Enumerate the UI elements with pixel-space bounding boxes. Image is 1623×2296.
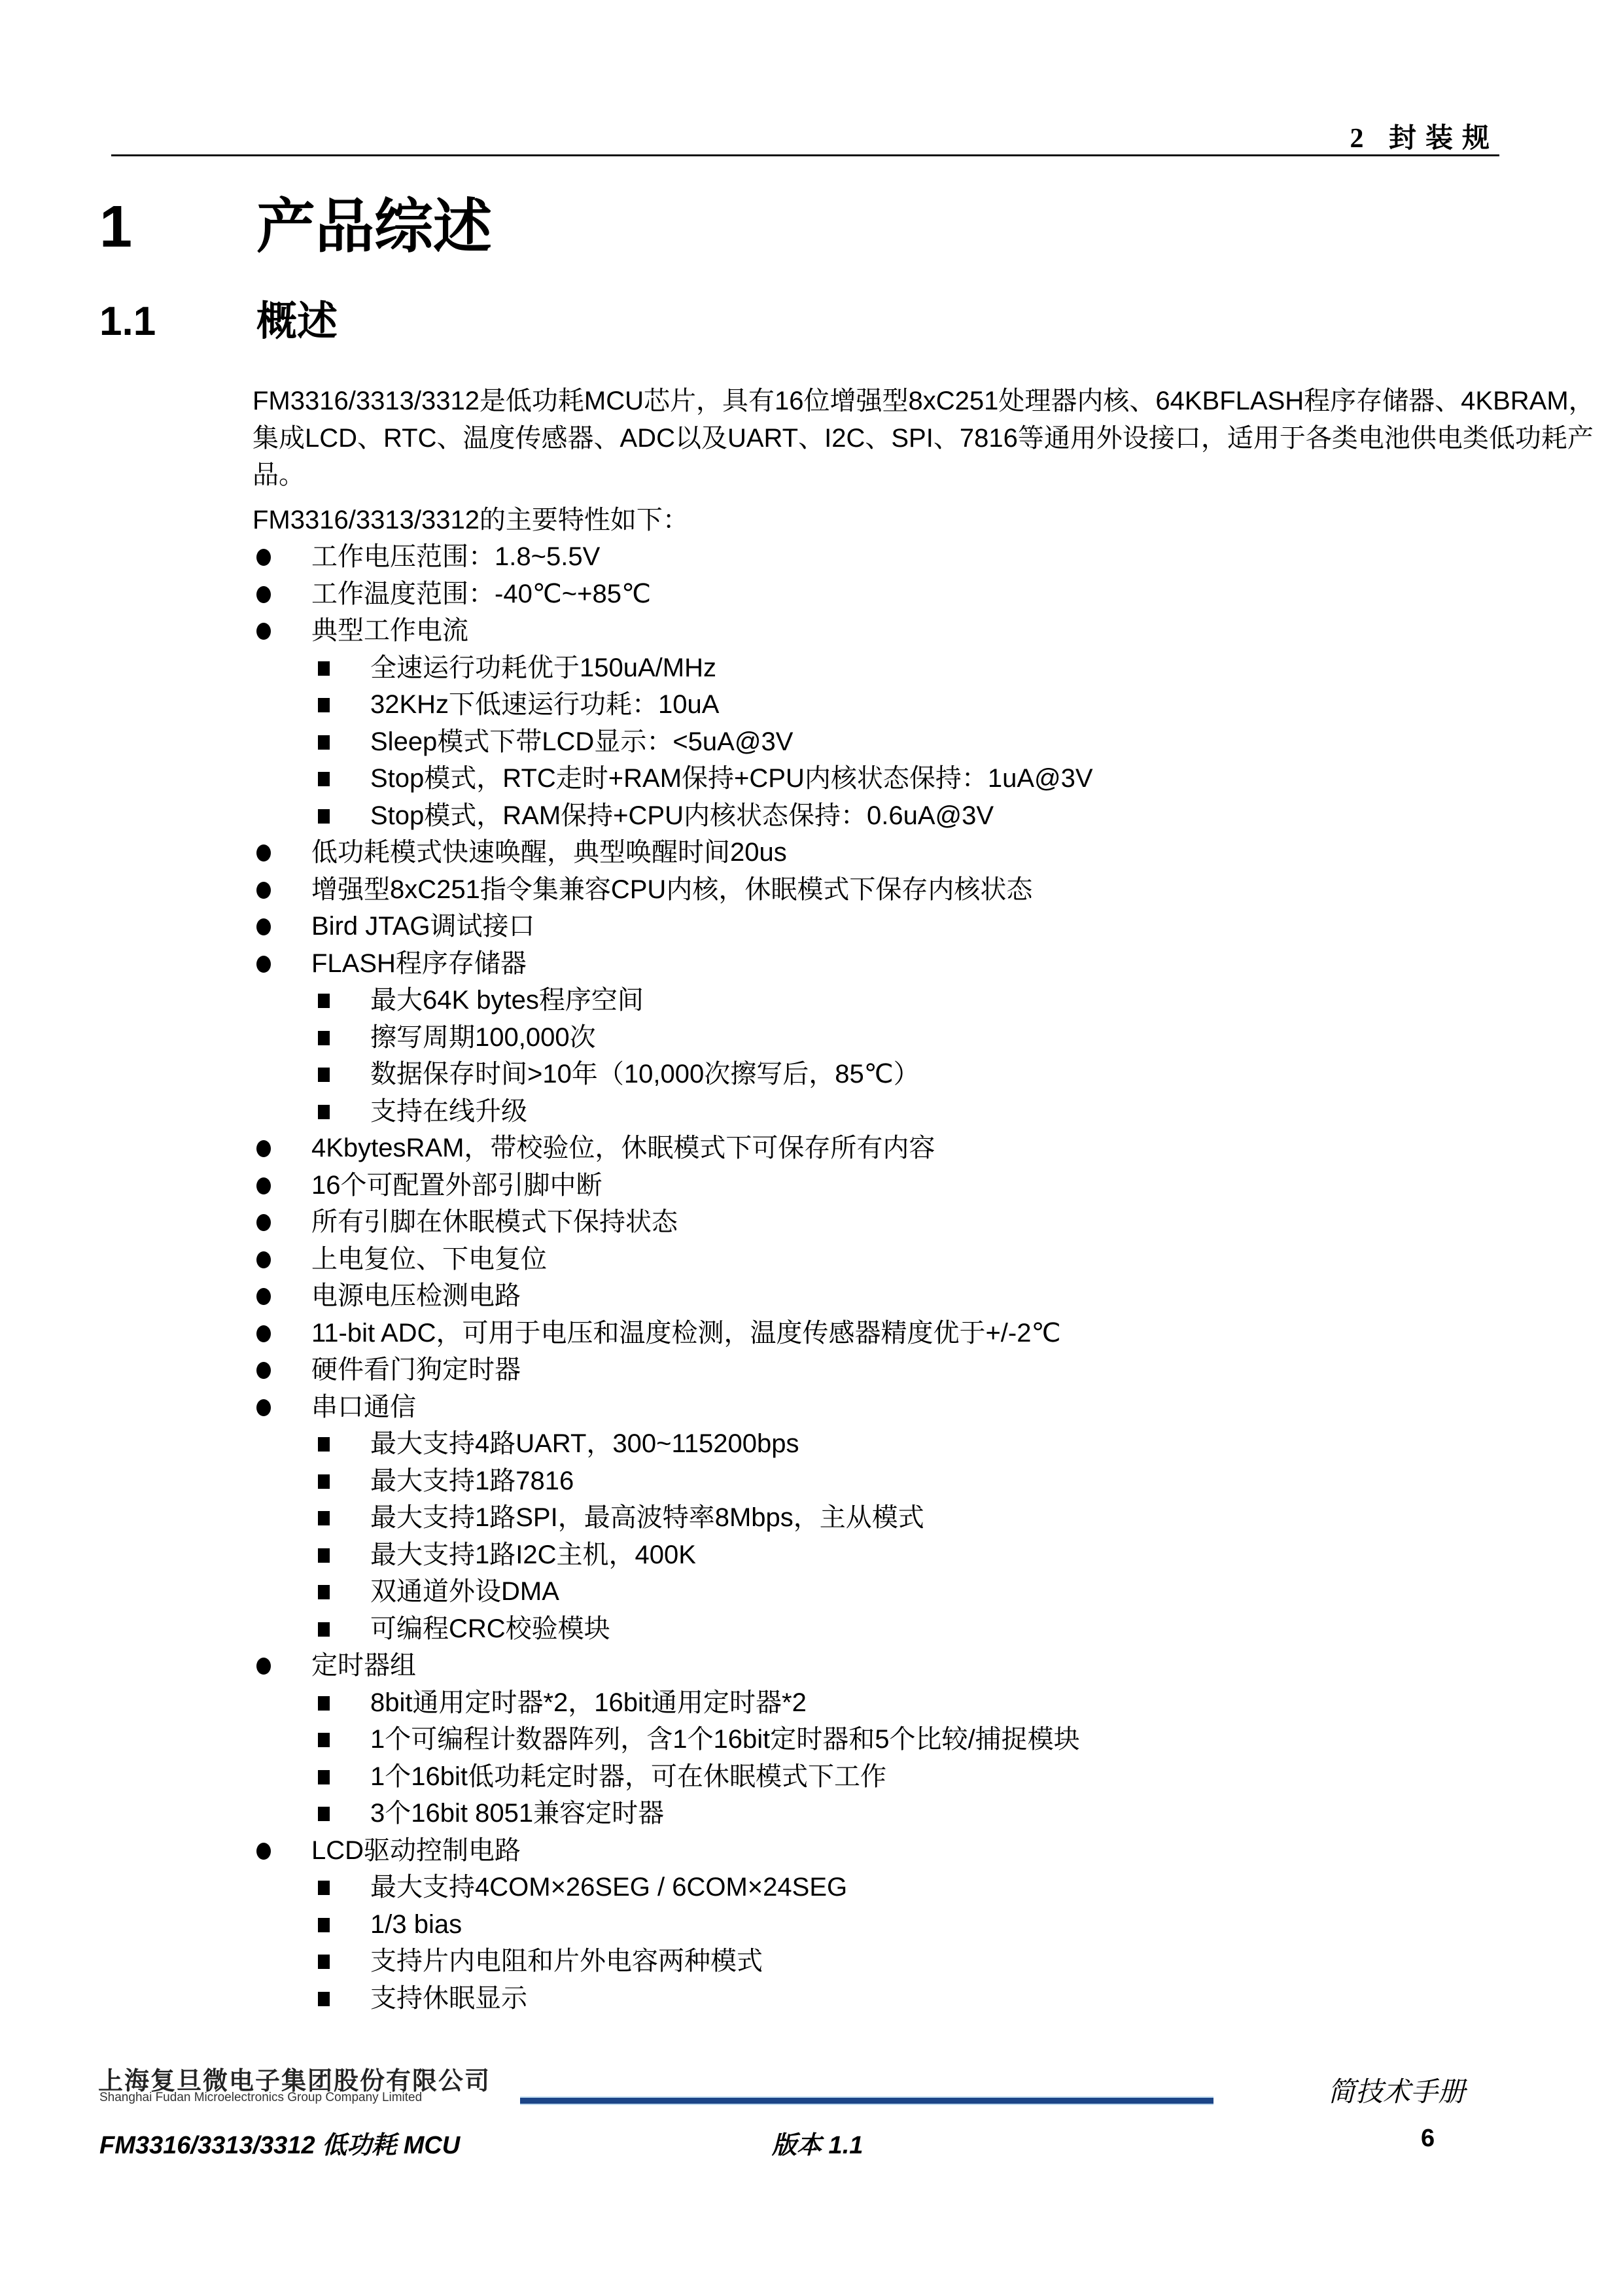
section-title: 概述	[256, 296, 338, 348]
bullet-square-icon	[318, 1733, 330, 1747]
feature-text: 11-bit ADC，可用于电压和温度检测，温度传感器精度优于+/-2℃	[311, 1319, 1060, 1348]
feature-text: 定时器组	[311, 1651, 416, 1680]
bullet-square-icon	[318, 1437, 330, 1452]
feature-subitem: 8bit通用定时器*2，16bit通用定时器*2	[253, 1684, 1613, 1722]
chapter-number: 1	[99, 191, 132, 263]
feature-text: LCD驱动控制电路	[311, 1836, 521, 1865]
bullet-square-icon	[318, 1474, 330, 1489]
feature-sublist-container: 8bit通用定时器*2，16bit通用定时器*21个可编程计数器阵列，含1个16…	[253, 1684, 1613, 1832]
feature-text: 低功耗模式快速唤醒，典型唤醒时间20us	[311, 838, 787, 867]
feature-sublist-container: 全速运行功耗优于150uA/MHz32KHz下低速运行功耗：10uASleep模…	[253, 650, 1613, 835]
feature-item: 串口通信	[253, 1389, 1613, 1426]
feature-subitem-text: 支持休眠显示	[370, 1984, 527, 2013]
feature-subitem: 全速运行功耗优于150uA/MHz	[253, 650, 1613, 687]
feature-item: 工作电压范围：1.8~5.5V	[253, 538, 1613, 576]
feature-subitem-text: Stop模式，RTC走时+RAM保持+CPU内核状态保持：1uA@3V	[370, 764, 1093, 793]
feature-item: 11-bit ADC，可用于电压和温度检测，温度传感器精度优于+/-2℃	[253, 1315, 1613, 1352]
bullet-square-icon	[318, 698, 330, 712]
footer-version: 版本 1.1	[772, 2125, 863, 2161]
bullet-dot-icon	[256, 1140, 271, 1157]
bullet-dot-icon	[256, 1362, 271, 1379]
feature-subitem: 最大支持1路7816	[253, 1463, 1613, 1500]
bullet-square-icon	[318, 1068, 330, 1082]
bullet-square-icon	[318, 1881, 330, 1895]
feature-subitem-text: 最大支持1路I2C主机，400K	[370, 1540, 696, 1569]
feature-subitem-text: 3个16bit 8051兼容定时器	[370, 1799, 664, 1828]
header-rule	[111, 154, 1499, 156]
bullet-dot-icon	[256, 1251, 271, 1268]
feature-text: 所有引脚在休眠模式下保持状态	[311, 1208, 678, 1236]
bullet-dot-icon	[256, 1843, 271, 1860]
feature-item: 上电复位、下电复位	[253, 1241, 1613, 1278]
bullet-dot-icon	[256, 956, 271, 973]
chapter-title: 产品综述	[256, 191, 492, 263]
bullet-square-icon	[318, 1031, 330, 1045]
feature-text: 上电复位、下电复位	[311, 1245, 547, 1274]
feature-subitem-text: 全速运行功耗优于150uA/MHz	[370, 653, 716, 682]
feature-item: 硬件看门狗定时器	[253, 1351, 1613, 1389]
bullet-dot-icon	[256, 1288, 271, 1305]
feature-item: 典型工作电流	[253, 612, 1613, 650]
feature-subitem-text: 最大64K bytes程序空间	[370, 986, 644, 1015]
feature-text: 工作温度范围：-40℃~+85℃	[311, 580, 651, 608]
bullet-square-icon	[318, 1918, 330, 1932]
feature-text: 工作电压范围：1.8~5.5V	[311, 542, 600, 571]
bullet-square-icon	[318, 1105, 330, 1119]
bullet-dot-icon	[256, 1399, 271, 1416]
feature-subitem: 最大64K bytes程序空间	[253, 982, 1613, 1019]
intro-paragraph: FM3316/3313/3312是低功耗MCU芯片，具有16位增强型8xC251…	[253, 383, 1613, 494]
bullet-square-icon	[318, 661, 330, 676]
feature-subitem: 最大支持1路I2C主机，400K	[253, 1537, 1613, 1574]
feature-subitem: 1/3 bias	[253, 1906, 1613, 1943]
feature-item: 4KbytesRAM，带校验位，休眠模式下可保存所有内容	[253, 1130, 1613, 1167]
feature-subitem: 擦写周期100,000次	[253, 1019, 1613, 1056]
bullet-dot-icon	[256, 918, 271, 935]
bullet-dot-icon	[256, 623, 271, 640]
feature-subitem-text: 8bit通用定时器*2，16bit通用定时器*2	[370, 1688, 807, 1717]
bullet-dot-icon	[256, 1325, 271, 1342]
feature-sublist: 最大支持4路UART，300~115200bps最大支持1路7816最大支持1路…	[311, 1425, 1613, 1647]
feature-text: 典型工作电流	[311, 616, 468, 645]
feature-subitem-text: 最大支持4路UART，300~115200bps	[370, 1429, 799, 1458]
bullet-square-icon	[318, 1955, 330, 1969]
feature-subitem: 1个可编程计数器阵列，含1个16bit定时器和5个比较/捕捉模块	[253, 1721, 1613, 1758]
main-content: FM3316/3313/3312是低功耗MCU芯片，具有16位增强型8xC251…	[253, 383, 1613, 2017]
bullet-square-icon	[318, 735, 330, 750]
feature-subitem: 数据保存时间>10年（10,000次擦写后，85℃）	[253, 1056, 1613, 1093]
feature-item: 工作温度范围：-40℃~+85℃	[253, 576, 1613, 613]
feature-subitem: 最大支持4COM×26SEG / 6COM×24SEG	[253, 1869, 1613, 1906]
feature-subitem: 最大支持1路SPI，最高波特率8Mbps，主从模式	[253, 1499, 1613, 1537]
feature-text: 电源电压检测电路	[311, 1281, 521, 1310]
bullet-dot-icon	[256, 882, 271, 899]
feature-subitem-text: 支持在线升级	[370, 1097, 527, 1126]
feature-subitem-text: 可编程CRC校验模块	[370, 1614, 610, 1643]
feature-text: 16个可配置外部引脚中断	[311, 1171, 602, 1200]
feature-sublist: 最大64K bytes程序空间擦写周期100,000次数据保存时间>10年（10…	[311, 982, 1613, 1130]
features-list: 工作电压范围：1.8~5.5V工作温度范围：-40℃~+85℃典型工作电流全速运…	[253, 538, 1613, 2017]
feature-subitem-text: 最大支持1路SPI，最高波特率8Mbps，主从模式	[370, 1503, 924, 1532]
bullet-dot-icon	[256, 1214, 271, 1231]
feature-sublist-container: 最大支持4COM×26SEG / 6COM×24SEG1/3 bias支持片内电…	[253, 1869, 1613, 2017]
bullet-dot-icon	[256, 1658, 271, 1675]
feature-item: LCD驱动控制电路	[253, 1832, 1613, 1870]
bullet-square-icon	[318, 1548, 330, 1563]
feature-text: 串口通信	[311, 1393, 416, 1421]
feature-text: 硬件看门狗定时器	[311, 1355, 521, 1384]
feature-item: 增强型8xC251指令集兼容CPU内核，休眠模式下保存内核状态	[253, 871, 1613, 909]
feature-subitem-text: Sleep模式下带LCD显示：<5uA@3V	[370, 727, 793, 756]
bullet-square-icon	[318, 1992, 330, 2006]
company-logo-en: Shanghai Fudan Microelectronics Group Co…	[99, 2091, 422, 2105]
feature-subitem: 可编程CRC校验模块	[253, 1610, 1613, 1648]
bullet-square-icon	[318, 1696, 330, 1711]
bullet-square-icon	[318, 1622, 330, 1637]
feature-subitem-text: Stop模式，RAM保持+CPU内核状态保持：0.6uA@3V	[370, 801, 994, 830]
bullet-square-icon	[318, 994, 330, 1008]
feature-item: 所有引脚在休眠模式下保持状态	[253, 1204, 1613, 1241]
feature-subitem: 32KHz下低速运行功耗：10uA	[253, 686, 1613, 723]
feature-subitem: 3个16bit 8051兼容定时器	[253, 1795, 1613, 1832]
feature-subitem-text: 双通道外设DMA	[370, 1577, 559, 1606]
features-lead: FM3316/3313/3312的主要特性如下：	[253, 502, 1613, 539]
feature-sublist-container: 最大支持4路UART，300~115200bps最大支持1路7816最大支持1路…	[253, 1425, 1613, 1647]
bullet-dot-icon	[256, 549, 271, 566]
bullet-square-icon	[318, 772, 330, 786]
feature-item: 低功耗模式快速唤醒，典型唤醒时间20us	[253, 834, 1613, 871]
feature-sublist: 8bit通用定时器*2，16bit通用定时器*21个可编程计数器阵列，含1个16…	[311, 1684, 1613, 1832]
feature-sublist: 全速运行功耗优于150uA/MHz32KHz下低速运行功耗：10uASleep模…	[311, 650, 1613, 835]
feature-subitem-text: 32KHz下低速运行功耗：10uA	[370, 690, 719, 719]
feature-text: FLASH程序存储器	[311, 949, 527, 978]
feature-subitem: Stop模式，RAM保持+CPU内核状态保持：0.6uA@3V	[253, 797, 1613, 835]
feature-subitem-text: 支持片内电阻和片外电容两种模式	[370, 1947, 763, 1975]
bullet-dot-icon	[256, 844, 271, 861]
feature-subitem-text: 最大支持4COM×26SEG / 6COM×24SEG	[370, 1873, 847, 1902]
feature-item: 16个可配置外部引脚中断	[253, 1167, 1613, 1204]
feature-sublist: 最大支持4COM×26SEG / 6COM×24SEG1/3 bias支持片内电…	[311, 1869, 1613, 2017]
bullet-dot-icon	[256, 1177, 271, 1194]
bullet-square-icon	[318, 809, 330, 824]
feature-subitem-text: 1/3 bias	[370, 1910, 462, 1939]
feature-subitem: Stop模式，RTC走时+RAM保持+CPU内核状态保持：1uA@3V	[253, 760, 1613, 797]
feature-item: Bird JTAG调试接口	[253, 908, 1613, 945]
running-header-title: 2 封装规	[1350, 116, 1499, 156]
bullet-square-icon	[318, 1585, 330, 1599]
feature-subitem-text: 数据保存时间>10年（10,000次擦写后，85℃）	[370, 1060, 920, 1088]
feature-subitem: 支持休眠显示	[253, 1980, 1613, 2017]
feature-subitem: Sleep模式下带LCD显示：<5uA@3V	[253, 723, 1613, 761]
feature-text: 增强型8xC251指令集兼容CPU内核，休眠模式下保存内核状态	[311, 875, 1032, 904]
feature-item: 定时器组	[253, 1647, 1613, 1684]
feature-item: 电源电压检测电路	[253, 1278, 1613, 1315]
feature-subitem: 最大支持4路UART，300~115200bps	[253, 1425, 1613, 1463]
feature-subitem: 支持在线升级	[253, 1093, 1613, 1130]
page-number: 6	[1421, 2125, 1435, 2153]
bullet-square-icon	[318, 1807, 330, 1821]
feature-subitem: 支持片内电阻和片外电容两种模式	[253, 1943, 1613, 1980]
feature-subitem-text: 1个16bit低功耗定时器，可在休眠模式下工作	[370, 1762, 886, 1791]
footer-product: FM3316/3313/3312 低功耗 MCU	[99, 2125, 460, 2161]
feature-subitem: 1个16bit低功耗定时器，可在休眠模式下工作	[253, 1758, 1613, 1796]
feature-subitem: 双通道外设DMA	[253, 1573, 1613, 1610]
footer-doc-type: 简技术手册	[1328, 2070, 1465, 2110]
feature-subitem-text: 1个可编程计数器阵列，含1个16bit定时器和5个比较/捕捉模块	[370, 1725, 1080, 1754]
feature-text: 4KbytesRAM，带校验位，休眠模式下可保存所有内容	[311, 1134, 935, 1162]
feature-item: FLASH程序存储器	[253, 945, 1613, 983]
feature-subitem-text: 擦写周期100,000次	[370, 1023, 596, 1052]
feature-sublist-container: 最大64K bytes程序空间擦写周期100,000次数据保存时间>10年（10…	[253, 982, 1613, 1130]
feature-subitem-text: 最大支持1路7816	[370, 1467, 574, 1495]
section-number: 1.1	[99, 296, 156, 348]
bullet-dot-icon	[256, 586, 271, 603]
bullet-square-icon	[318, 1511, 330, 1525]
bullet-square-icon	[318, 1770, 330, 1784]
feature-text: Bird JTAG调试接口	[311, 912, 535, 941]
footer-divider-bar	[520, 2098, 1213, 2104]
